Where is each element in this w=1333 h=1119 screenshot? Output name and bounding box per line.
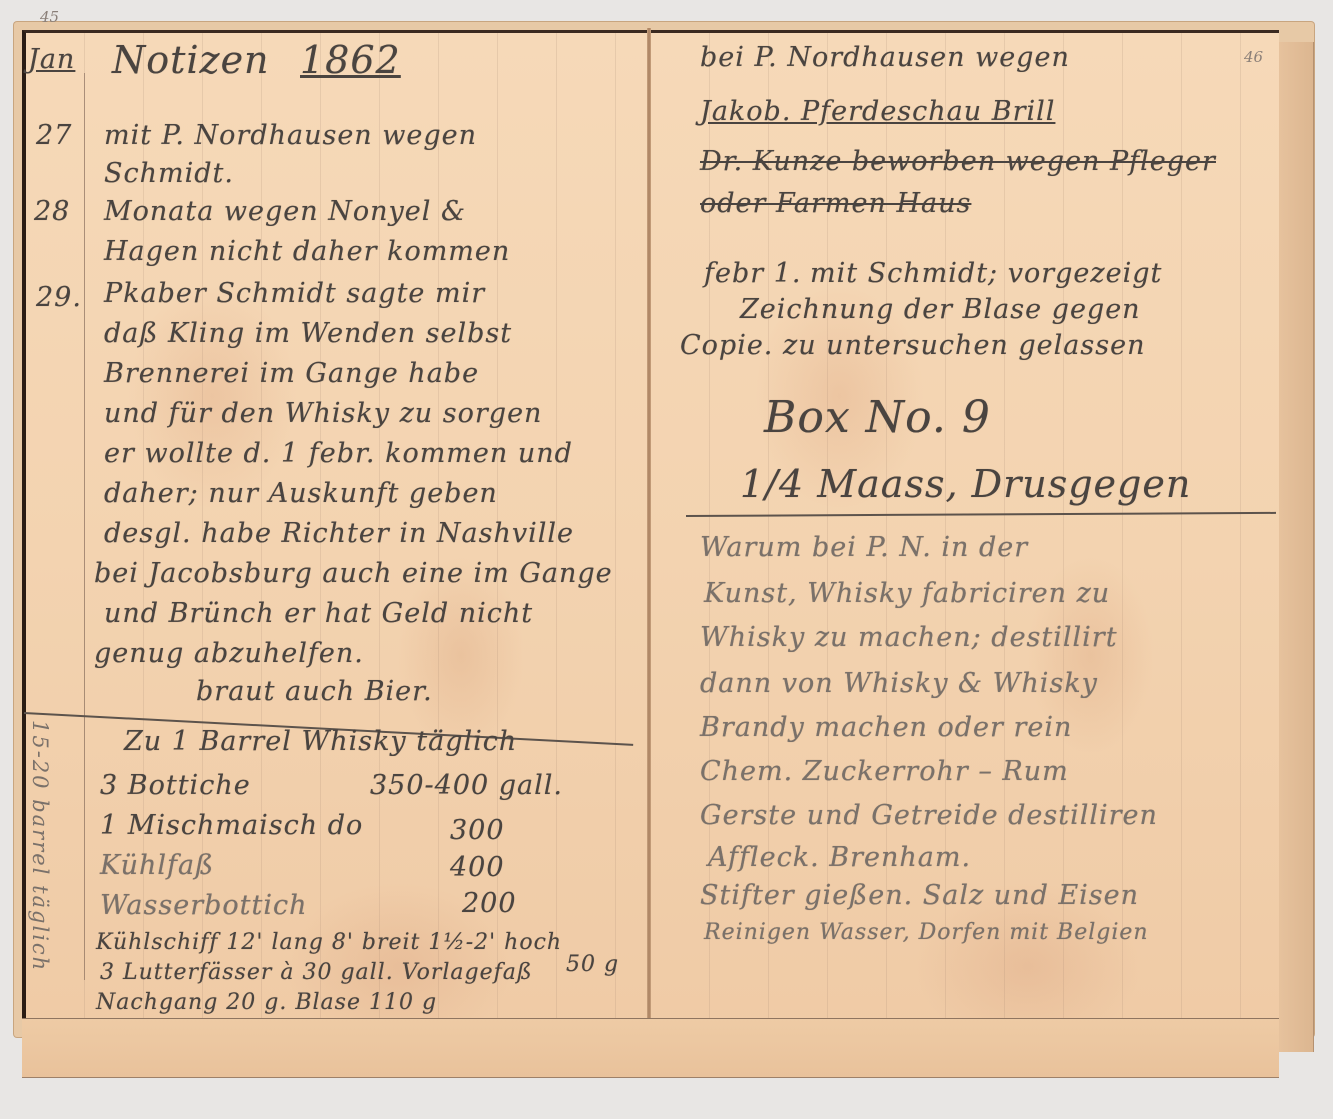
entry-date: 29. <box>36 282 82 313</box>
entry-line: desgl. habe Richter in Nashville <box>104 518 574 549</box>
page-year: 1862 <box>300 38 401 82</box>
item-label: Nachgang 20 g. Blase 110 g <box>96 990 437 1015</box>
margin-line <box>84 73 85 980</box>
entry-line: Monata wegen Nonyel & <box>104 196 466 227</box>
box-subheading: 1/4 Maass, Drusgegen <box>740 462 1191 506</box>
entry-line: Hagen nicht daher kommen <box>104 236 510 267</box>
feb-line: mit Schmidt; vorgezeigt <box>810 258 1162 289</box>
item-value: 350-400 gall. <box>370 770 563 801</box>
item-label: 3 Bottiche <box>100 770 251 801</box>
note-line: Reinigen Wasser, Dorfen mit Belgien <box>704 920 1149 945</box>
note-line: Gerste und Getreide destilliren <box>700 800 1158 831</box>
note-line: Affleck. Brenham. <box>708 842 971 873</box>
entry-line: und Brünch er hat Geld nicht <box>104 598 533 629</box>
top-line: Jakob. Pferdeschau Brill <box>700 96 1055 127</box>
box-heading: Box No. 9 <box>764 392 991 443</box>
entry-line: Brennerei im Gange habe <box>104 358 479 389</box>
whisky-heading: Zu 1 Barrel Whisky täglich <box>124 726 517 757</box>
item-label: 3 Lutterfässer à 30 gall. Vorlagefaß <box>100 960 533 985</box>
entry-line: daß Kling im Wenden selbst <box>104 318 512 349</box>
note-line: Whisky zu machen; destillirt <box>700 622 1118 653</box>
item-value: 400 <box>450 852 505 883</box>
entry-line: er wollte d. 1 febr. kommen und <box>104 438 573 469</box>
entry-line: braut auch Bier. <box>196 676 433 707</box>
page-number-right: 46 <box>1244 48 1263 66</box>
entry-line: und für den Whisky zu sorgen <box>104 398 542 429</box>
entry-date: 28 <box>34 196 70 227</box>
entry-line: Schmidt. <box>104 158 234 189</box>
entry-date: 27 <box>36 120 72 151</box>
item-label: Wasserbottich <box>100 890 307 921</box>
item-value: 50 g <box>566 952 619 977</box>
top-line: bei P. Nordhausen wegen <box>700 42 1070 73</box>
notebook-spread: 45 Jan Notizen 1862 27 mit P. Nordhausen… <box>0 0 1333 1119</box>
entry-line: daher; nur Auskunft geben <box>104 478 498 509</box>
month-label: Jan <box>28 44 75 75</box>
feb-line: Zeichnung der Blase gegen <box>740 294 1141 325</box>
note-line: Brandy machen oder rein <box>700 712 1072 743</box>
page-title: Notizen <box>112 38 270 82</box>
note-line: Chem. Zuckerrohr – Rum <box>700 756 1069 787</box>
page-number-left: 45 <box>40 8 59 26</box>
entry-line: bei Jacobsburg auch eine im Gange <box>94 558 613 589</box>
struck-line: Dr. Kunze beworben wegen Pfleger <box>700 146 1216 177</box>
entry-line: Pkaber Schmidt sagte mir <box>104 278 485 309</box>
item-value: 200 <box>462 888 517 919</box>
note-line: Warum bei P. N. in der <box>700 532 1028 563</box>
entry-line: mit P. Nordhausen wegen <box>104 120 477 151</box>
item-label: 1 Mischmaisch do <box>100 810 363 841</box>
note-line: Stifter gießen. Salz und Eisen <box>700 880 1139 911</box>
struck-line: oder Farmen Haus <box>700 188 971 219</box>
note-line: dann von Whisky & Whisky <box>700 668 1098 699</box>
item-label: Kühlfaß <box>100 850 214 881</box>
item-label: Kühlschiff 12' lang 8' breit 1½-2' hoch <box>96 930 562 955</box>
page-edges <box>1279 42 1314 1052</box>
feb-line: Copie. zu untersuchen gelassen <box>680 330 1145 361</box>
entry-line: genug abzuhelfen. <box>94 638 364 669</box>
margin-note: 15-20 barrel täglich <box>28 720 52 972</box>
note-line: Kunst, Whisky fabriciren zu <box>704 578 1110 609</box>
item-value: 300 <box>450 815 505 846</box>
feb-date: febr 1. <box>704 258 802 289</box>
bottom-fold <box>22 1018 1279 1078</box>
